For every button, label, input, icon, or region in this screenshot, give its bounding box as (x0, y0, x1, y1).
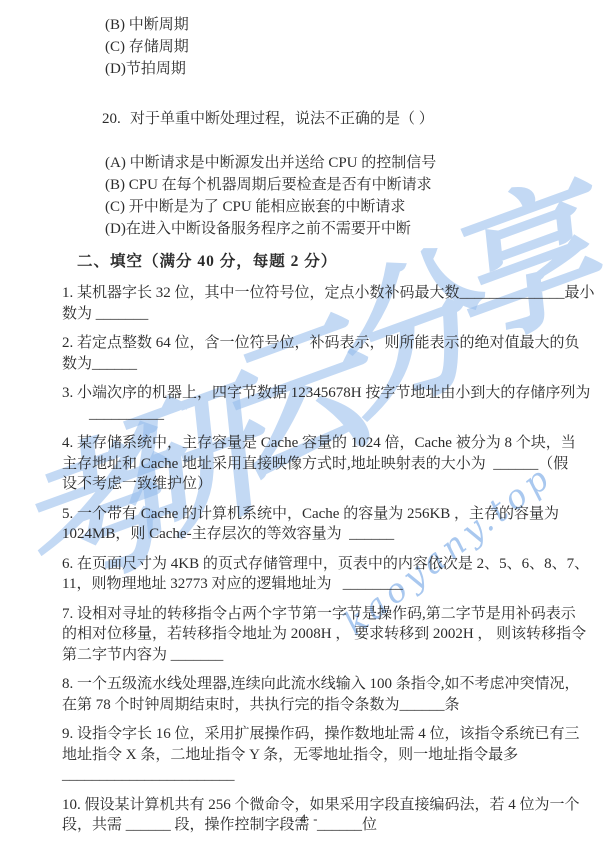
question-number: 20. (102, 108, 130, 130)
option-line: (C) 开中断是为了 CPU 能相应嵌套的中断请求 (105, 196, 608, 218)
fill-question-9: 9. 设指令字长 16 位，采用扩展操作码，操作数地址需 4 位，该指令系统已有… (62, 724, 608, 786)
question-line: 的相对位移量，若转移指令地址为 2008H ， 要求转移到 2002H ， 则该… (62, 624, 608, 645)
question-20: 20.对于单重中断处理过程，说法不正确的是（ ） (A) 中断请求是中断源发出并… (72, 86, 608, 240)
question-stem: 20.对于单重中断处理过程，说法不正确的是（ ） (72, 86, 608, 152)
fill-question-8: 8. 一个五级流水线处理器,连续向此流水线输入 100 条指令,如不考虑冲突情况… (62, 674, 608, 715)
question-line: 地址指令 X 条，二地址指令 Y 条，无零地址指令，则一地址指令最多 (62, 745, 608, 766)
fill-question-3: 3. 小端次序的机器上，四字节数据 12345678H 按字节地址由小到大的存储… (62, 383, 608, 424)
question-line: 8. 一个五级流水线处理器,连续向此流水线输入 100 条指令,如不考虑冲突情况… (62, 674, 608, 695)
question-line: 主存地址和 Cache 地址采用直接映像方式时,地址映射表的大小为 ______… (62, 454, 608, 475)
option-line: (D)在进入中断设备服务程序之前不需要开中断 (105, 218, 608, 240)
question-line: 4. 某存储系统中，主存容量是 Cache 容量的 1024 倍，Cache 被… (62, 433, 608, 454)
question-stem-text: 对于单重中断处理过程，说法不正确的是（ ） (130, 111, 434, 127)
option-line: (B) CPU 在每个机器周期后要检查是否有中断请求 (105, 174, 608, 196)
option-line: (B) 中断周期 (105, 14, 608, 36)
option-line: (C) 存储周期 (105, 36, 608, 58)
fill-question-4: 4. 某存储系统中，主存容量是 Cache 容量的 1024 倍，Cache 被… (62, 433, 608, 495)
question-line: 3. 小端次序的机器上，四字节数据 12345678H 按字节地址由小到大的存储… (62, 383, 608, 404)
fill-question-2: 2. 若定点整数 64 位，含一位符号位，补码表示，则所能表示的绝对值最大的负 … (62, 333, 608, 374)
question-line: 在第 78 个时钟周期结束时，共执行完的指令条数为______条 (62, 695, 608, 716)
question-line: 1024MB，则 Cache-主存层次的等效容量为 ______ (62, 524, 608, 545)
fill-question-7: 7. 设相对寻址的转移指令占两个字节第一字节是操作码,第二字节是用补码表示 的相… (62, 604, 608, 666)
fill-question-1: 1. 某机器字长 32 位，其中一位符号位，定点小数补码最大数_________… (62, 283, 608, 324)
question-line: 设不考虑一致维护位） (62, 474, 608, 495)
fill-question-5: 5. 一个带有 Cache 的计算机系统中，Cache 的容量为 256KB ，… (62, 504, 608, 545)
question-line: 9. 设指令字长 16 位，采用扩展操作码，操作数地址需 4 位，该指令系统已有… (62, 724, 608, 745)
option-line: (D)节拍周期 (105, 58, 608, 80)
question19-options: (B) 中断周期 (C) 存储周期 (D)节拍周期 (105, 14, 608, 80)
question-line: 第二字节内容为 _______ (62, 645, 608, 666)
answer-blank-line: __________ (62, 404, 608, 425)
question-line: 2. 若定点整数 64 位，含一位符号位，补码表示，则所能表示的绝对值最大的负 (62, 333, 608, 354)
exam-page: 考 研 云 分 享 kaoyany.top (B) 中断周期 (C) 存储周期 … (0, 0, 608, 849)
question-line: 5. 一个带有 Cache 的计算机系统中，Cache 的容量为 256KB ，… (62, 504, 608, 525)
question-line: 数为 _______ (62, 304, 608, 325)
fill-question-6: 6. 在页面尺寸为 4KB 的页式存储管理中，页表中的内容依次是 2、5、6、8… (62, 554, 608, 595)
question-line: 数为______ (62, 354, 608, 375)
page-content: (B) 中断周期 (C) 存储周期 (D)节拍周期 20.对于单重中断处理过程，… (0, 0, 608, 836)
option-line: (A) 中断请求是中断源发出并送给 CPU 的控制信号 (105, 152, 608, 174)
page-number: - 4 - (0, 812, 608, 827)
question-line: 7. 设相对寻址的转移指令占两个字节第一字节是操作码,第二字节是用补码表示 (62, 604, 608, 625)
answer-blank-line: _______________________ (62, 765, 608, 786)
section-heading: 二、填空（满分 40 分，每题 2 分） (77, 250, 608, 274)
question-line: 1. 某机器字长 32 位，其中一位符号位，定点小数补码最大数_________… (62, 283, 608, 304)
question-line: 11，则物理地址 32773 对应的逻辑地址为 ________ (62, 574, 608, 595)
question-line: 6. 在页面尺寸为 4KB 的页式存储管理中，页表中的内容依次是 2、5、6、8… (62, 554, 608, 575)
